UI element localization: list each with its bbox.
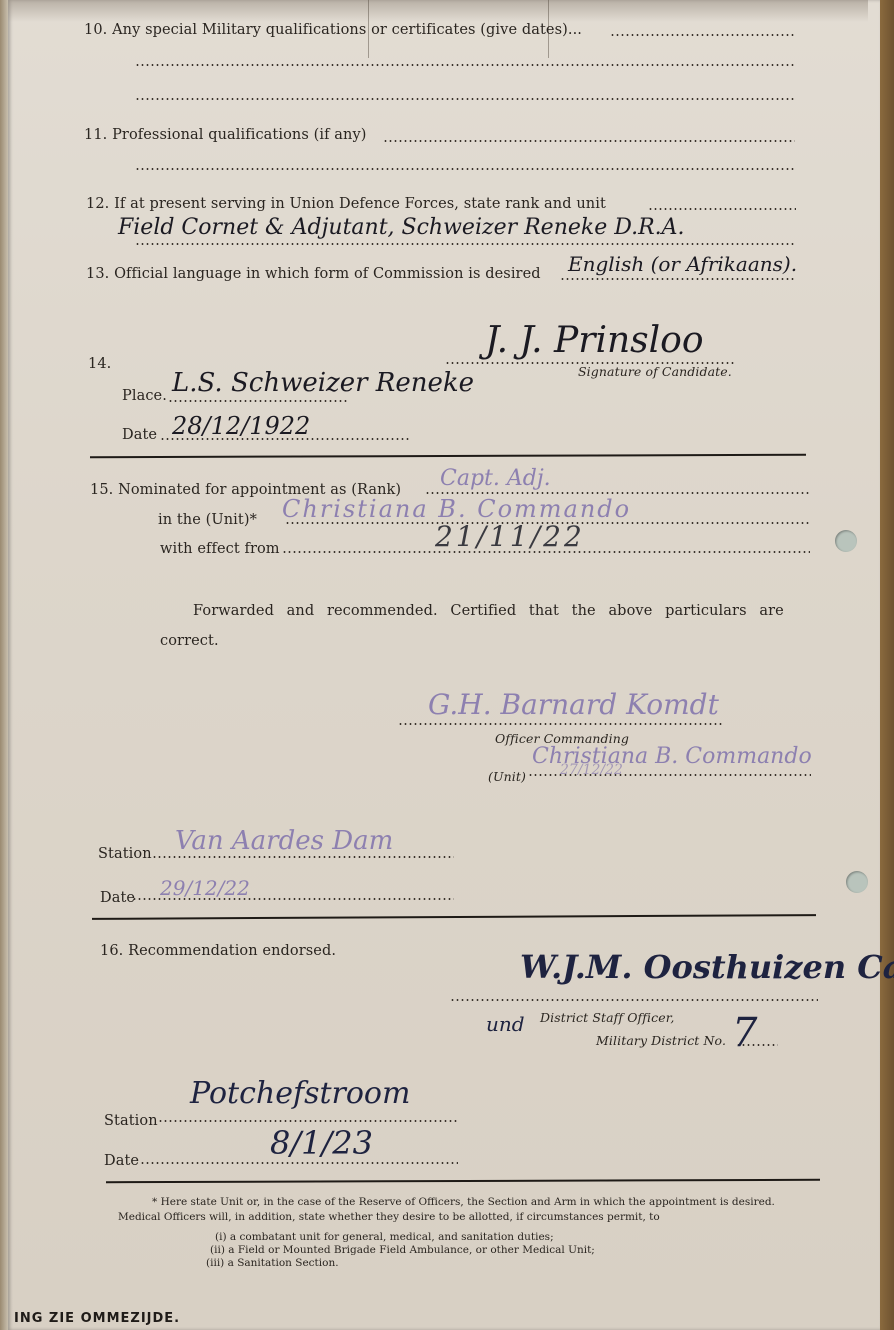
page-right-edge [880, 0, 894, 1330]
reverse-side-note: ING ZIE OMMEZIJDE. [14, 1311, 180, 1326]
q14-place-value: L.S. Schweizer Reneke [172, 368, 474, 398]
q15-effect-value: 21/11/22 [435, 520, 585, 553]
q14-place-line [168, 400, 348, 402]
q16-station-line [158, 1120, 458, 1122]
candidate-signature: J. J. Prinsloo [485, 320, 704, 361]
punch-hole [846, 871, 868, 893]
officer-unit-label: (Unit) [488, 769, 526, 784]
q15-rank-value: Capt. Adj. [440, 466, 551, 491]
officer-unit-overwrite: 27/12/22 [560, 762, 623, 778]
dso-signature-line [450, 999, 818, 1001]
cert-station-line [152, 856, 454, 858]
certification-text-cont: correct. [160, 633, 219, 649]
q12-label: 12. If at present serving in Union Defen… [86, 196, 606, 212]
q12-answer: Field Cornet & Adjutant, Schweizer Renek… [118, 215, 685, 240]
footnote-line: Medical Officers will, in addition, stat… [118, 1211, 660, 1223]
footnote-item: (i) a combatant unit for general, medica… [215, 1231, 554, 1243]
q14-number: 14. [88, 356, 111, 372]
q16-station-label: Station [104, 1113, 158, 1129]
dso-caption: District Staff Officer, [540, 1010, 674, 1025]
punch-hole [835, 530, 857, 552]
cert-date-label: Date [100, 890, 135, 906]
q15-rank-line [425, 492, 810, 494]
q13-answer: English (or Afrikaans). [568, 252, 797, 276]
q14-date-value: 28/12/1922 [172, 412, 310, 440]
q16-date-label: Date [104, 1153, 139, 1169]
q13-label: 13. Official language in which form of C… [86, 266, 541, 282]
page-top-shadow [8, 0, 868, 22]
q10-label: 10. Any special Military qualifications … [84, 22, 582, 38]
q10-field-line [610, 34, 795, 36]
dso-signature-prefix: und [486, 1012, 525, 1036]
q14-place-label: Place. [122, 388, 167, 404]
dso-signature: W.J.M. Oosthuizen Capt [520, 948, 894, 986]
q11-field-line [135, 168, 795, 170]
q15-unit-label: in the (Unit)* [158, 512, 257, 528]
q12-field-line [648, 208, 796, 210]
q14-date-label: Date [122, 427, 157, 443]
q16-date-line [140, 1162, 458, 1164]
signature-caption: Signature of Candidate. [578, 364, 732, 379]
q11-label: 11. Professional qualifications (if any) [84, 127, 367, 143]
cert-date-value: 29/12/22 [160, 876, 250, 900]
q10-field-line [135, 64, 795, 66]
district-label: Military District No. [596, 1033, 726, 1048]
footnote-item: (iii) a Sanitation Section. [206, 1257, 339, 1269]
footnote-item: (ii) a Field or Mounted Brigade Field Am… [210, 1244, 595, 1256]
district-value: 7 [732, 1010, 757, 1056]
certification-text: Forwarded and recommended. Certified tha… [193, 603, 784, 619]
q15-effect-label: with effect from [160, 541, 280, 557]
q11-field-line [383, 140, 795, 142]
cert-station-value: Van Aardes Dam [175, 826, 393, 856]
q16-station-value: Potchefstroom [190, 1076, 410, 1111]
q16-date-value: 8/1/23 [270, 1124, 373, 1162]
officer-signature-line [398, 723, 723, 725]
q13-field-line [560, 278, 796, 280]
cert-station-label: Station [98, 846, 152, 862]
footnote-line: * Here state Unit or, in the case of the… [152, 1196, 775, 1208]
officer-signature: G.H. Barnard Komdt [428, 688, 719, 721]
q16-label: 16. Recommendation endorsed. [100, 943, 336, 959]
q15-unit-value: Christiana B. Commando [282, 495, 631, 523]
q10-field-line [135, 98, 795, 100]
q12-field-line [135, 243, 795, 245]
page-left-edge [0, 0, 8, 1330]
